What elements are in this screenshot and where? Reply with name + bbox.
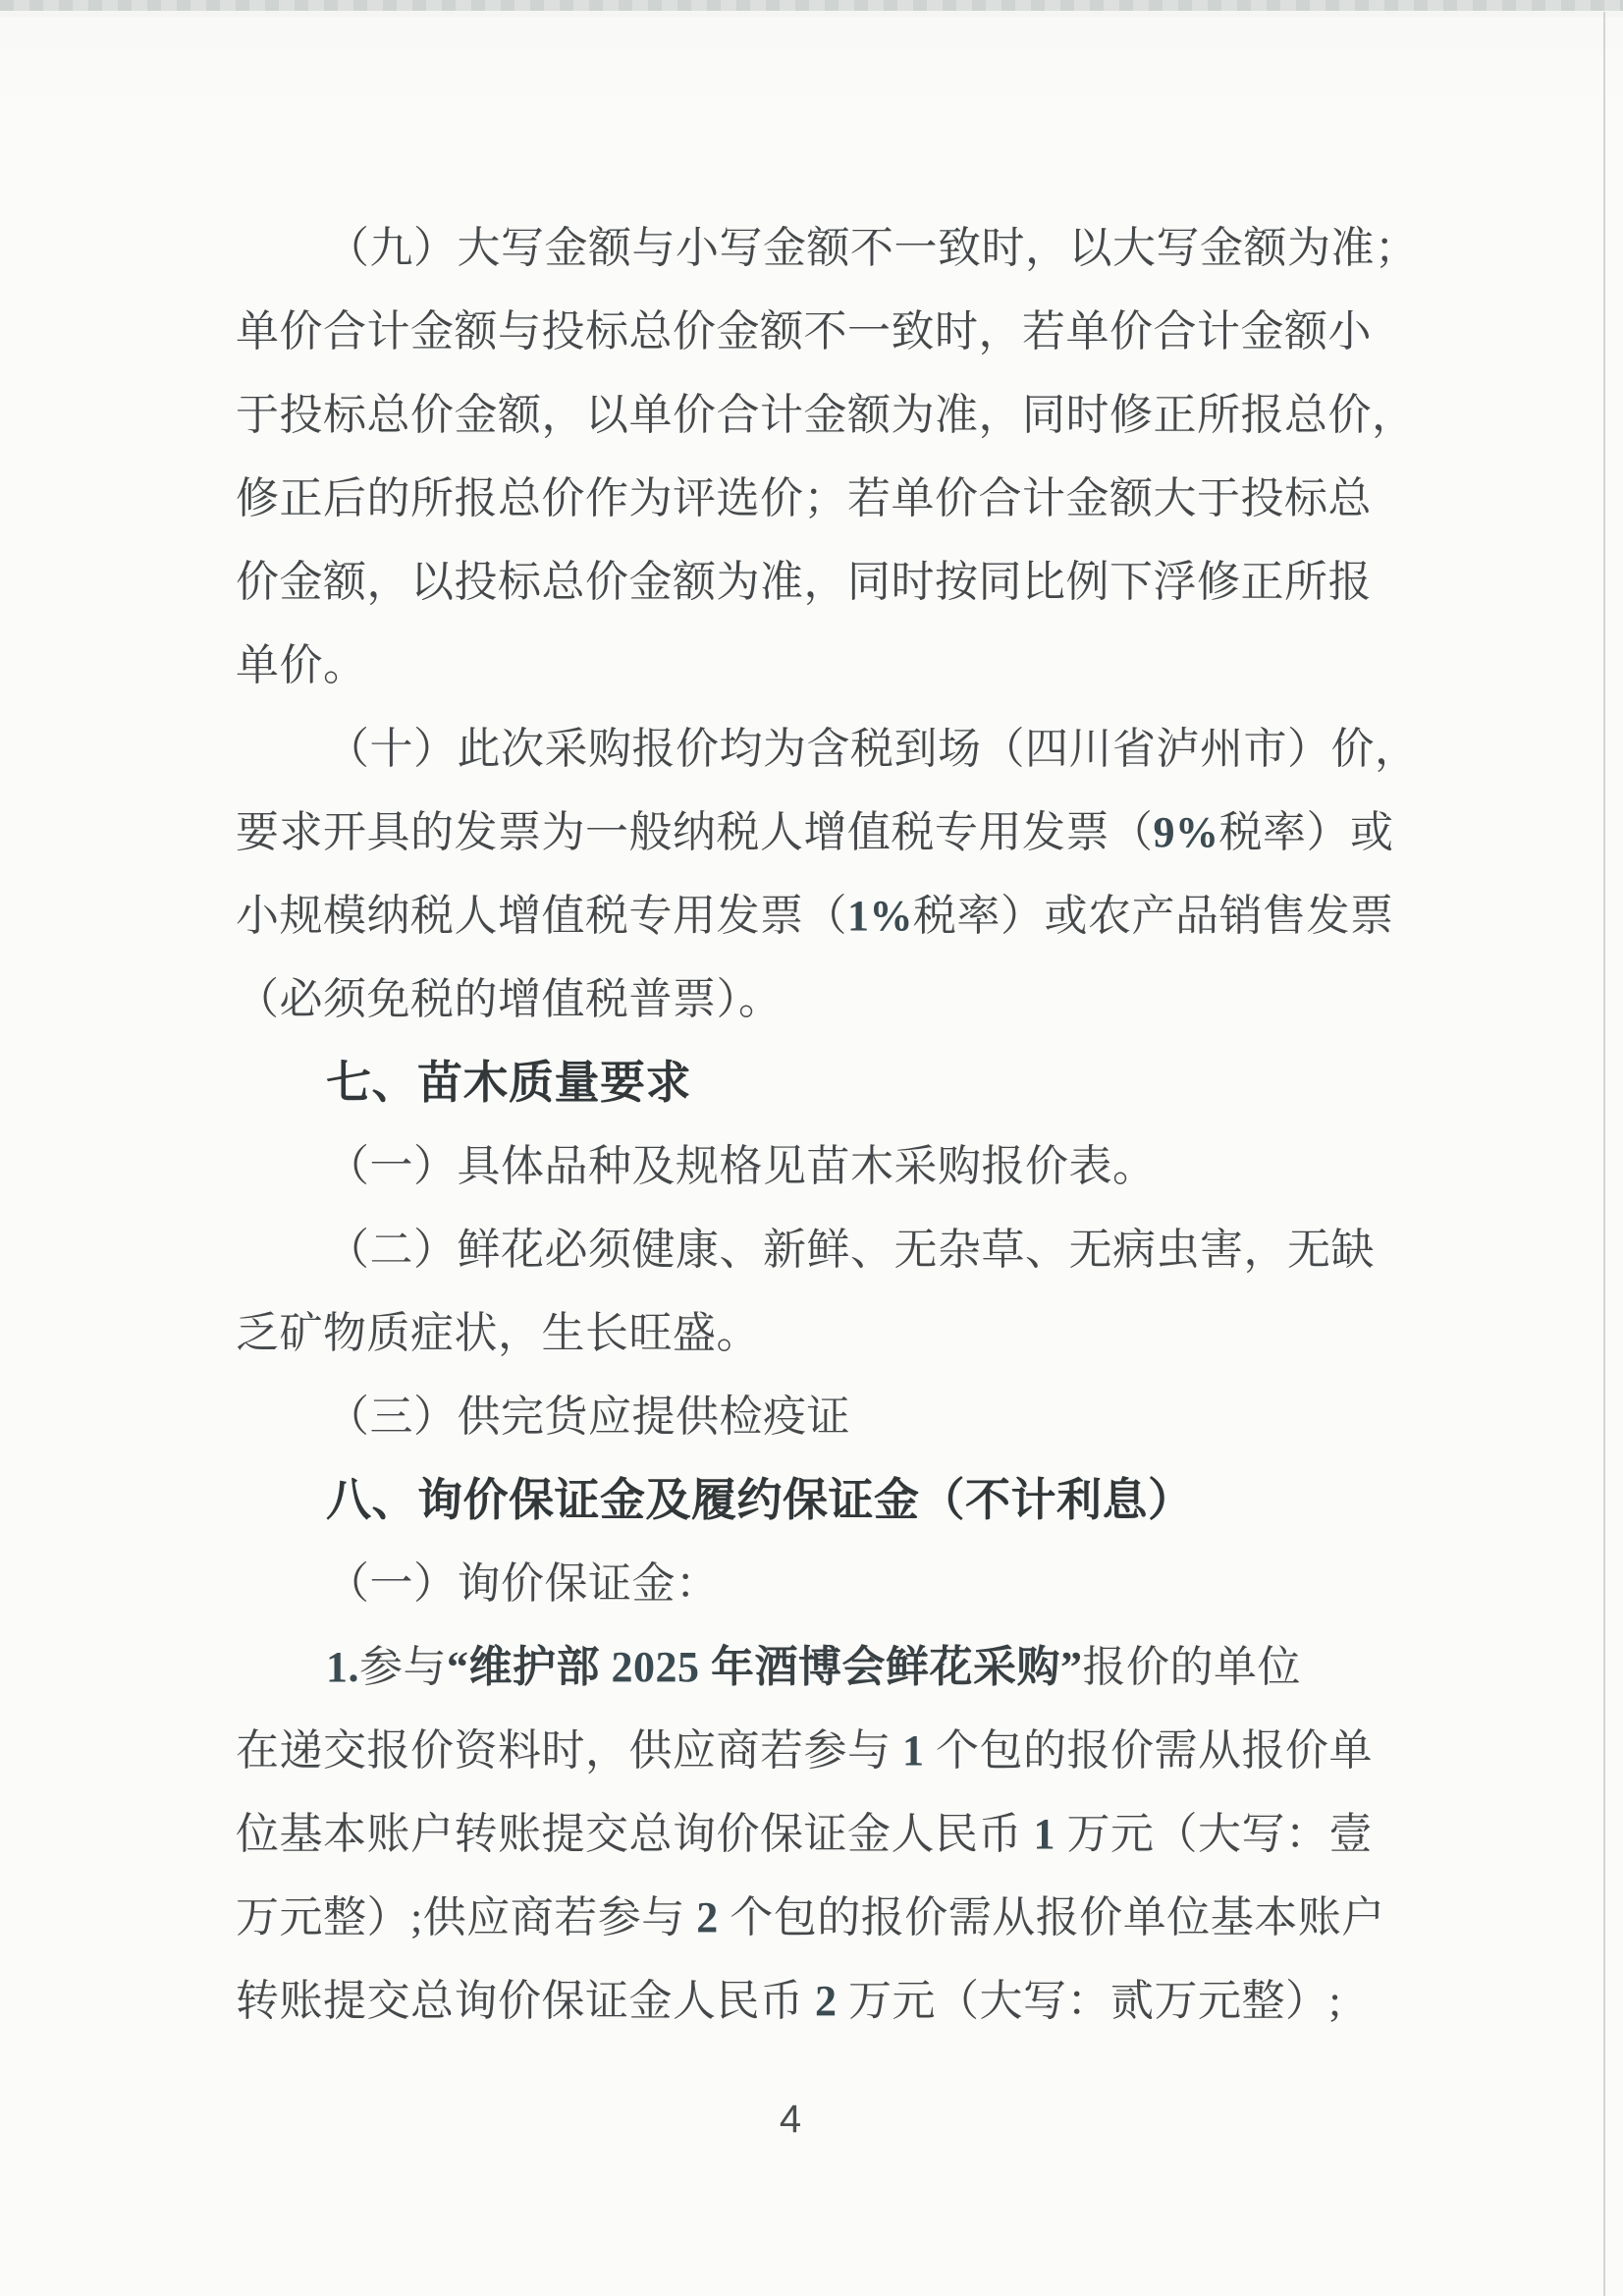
text-segment: 于投标总价金额，以单价合计金额为准，同时修正所报总价，	[236, 391, 1416, 439]
text-line: 单价合计金额与投标总价金额不一致时，若单价合计金额小	[236, 290, 1382, 373]
text-line: （九）大写金额与小写金额不一致时，以大写金额为准；	[236, 206, 1382, 290]
text-line: 1.参与“维护部 2025 年酒博会鲜花采购”报价的单位	[236, 1625, 1382, 1709]
text-segment: 七、苗木质量要求	[326, 1057, 691, 1108]
text-line: 要求开具的发票为一般纳税人增值税专用发票（9%税率）或	[236, 791, 1382, 874]
text-segment: 在递交报价资料时，供应商若参与	[236, 1726, 902, 1775]
text-segment: 个包的报价需从报价单位基本账户	[719, 1893, 1385, 1941]
text-segment: 单价合计金额与投标总价金额不一致时，若单价合计金额小	[236, 307, 1372, 355]
text-line: 修正后的所报总价作为评选价；若单价合计金额大于投标总	[236, 457, 1382, 540]
text-segment: （十）此次采购报价均为含税到场（四川省泸州市）价，	[326, 725, 1419, 773]
text-segment: 个包的报价需从报价单	[925, 1726, 1374, 1775]
text-segment: （一）询价保证金：	[326, 1559, 720, 1608]
document-body: （九）大写金额与小写金额不一致时，以大写金额为准；单价合计金额与投标总价金额不一…	[236, 206, 1382, 2043]
text-segment: 修正后的所报总价作为评选价；若单价合计金额大于投标总	[236, 474, 1372, 522]
text-segment: （九）大写金额与小写金额不一致时，以大写金额为准；	[326, 224, 1419, 272]
text-line: （三）供完货应提供检疫证	[236, 1375, 1382, 1458]
text-segment: 要求开具的发票为一般纳税人增值税专用发票（	[236, 808, 1154, 856]
text-segment: 万元（大写：贰万元整）;	[838, 1977, 1342, 2025]
text-segment: 价金额，以投标总价金额为准，同时按同比例下浮修正所报	[236, 558, 1372, 606]
text-segment: 单价。	[236, 641, 367, 689]
text-line: 在递交报价资料时，供应商若参与 1 个包的报价需从报价单	[236, 1709, 1382, 1792]
text-segment: 八、询价保证金及履约保证金（不计利息）	[326, 1474, 1194, 1525]
text-segment: 万元（大写：壹	[1055, 1810, 1373, 1858]
scan-artifact-right-edge-line	[1603, 12, 1605, 2296]
scan-artifact-top-strip	[0, 0, 1623, 17]
page-number: 4	[236, 2090, 1345, 2149]
text-segment: 小规模纳税人增值税专用发票（	[236, 892, 847, 940]
text-segment: 1	[1034, 1810, 1056, 1858]
text-segment: （必须免税的增值税普票）。	[236, 975, 783, 1023]
text-line: （必须免税的增值税普票）。	[236, 957, 1382, 1041]
text-segment: （一）具体品种及规格见苗木采购报价表。	[326, 1142, 1157, 1190]
text-line: （十）此次采购报价均为含税到场（四川省泸州市）价，	[236, 707, 1382, 791]
text-segment: 报价的单位	[1083, 1643, 1302, 1691]
text-segment: （三）供完货应提供检疫证	[326, 1393, 850, 1441]
text-line: （一）询价保证金：	[236, 1542, 1382, 1625]
text-line: 于投标总价金额，以单价合计金额为准，同时修正所报总价，	[236, 373, 1382, 457]
text-segment: 税率）或农产品销售发票	[913, 892, 1394, 940]
text-segment: 位基本账户转账提交总询价保证金人民币	[236, 1810, 1034, 1858]
text-segment: 1.	[326, 1643, 359, 1691]
text-segment: 2	[696, 1893, 719, 1941]
text-segment: 1%	[847, 892, 913, 940]
text-line: 转账提交总询价保证金人民币 2 万元（大写：贰万元整）;	[236, 1959, 1382, 2043]
text-segment: 1	[902, 1726, 925, 1775]
text-line: 单价。	[236, 624, 1382, 707]
text-segment: 2	[815, 1977, 838, 2025]
text-segment: 乏矿物质症状，生长旺盛。	[236, 1309, 760, 1357]
text-segment: 万元整）;供应商若参与	[236, 1893, 696, 1941]
text-segment: 税率）或	[1219, 808, 1394, 856]
text-line: 七、苗木质量要求	[236, 1041, 1382, 1124]
text-segment: 2025	[612, 1643, 700, 1691]
text-line: 万元整）;供应商若参与 2 个包的报价需从报价单位基本账户	[236, 1876, 1382, 1959]
text-line: 乏矿物质症状，生长旺盛。	[236, 1291, 1382, 1375]
text-line: （二）鲜花必须健康、新鲜、无杂草、无病虫害，无缺	[236, 1208, 1382, 1291]
text-segment: 转账提交总询价保证金人民币	[236, 1977, 815, 2025]
text-line: 小规模纳税人增值税专用发票（1%税率）或农产品销售发票	[236, 874, 1382, 957]
text-segment: 参与	[359, 1643, 447, 1691]
text-segment: 年酒博会鲜花采购”	[700, 1643, 1083, 1691]
text-line: 价金额，以投标总价金额为准，同时按同比例下浮修正所报	[236, 540, 1382, 624]
text-segment: 9%	[1154, 808, 1219, 856]
text-line: （一）具体品种及规格见苗木采购报价表。	[236, 1124, 1382, 1208]
text-line: 八、询价保证金及履约保证金（不计利息）	[236, 1458, 1382, 1542]
text-segment: （二）鲜花必须健康、新鲜、无杂草、无病虫害，无缺	[326, 1226, 1375, 1274]
scanned-document-page: （九）大写金额与小写金额不一致时，以大写金额为准；单价合计金额与投标总价金额不一…	[0, 0, 1623, 2296]
text-segment: “维护部	[447, 1643, 612, 1691]
text-line: 位基本账户转账提交总询价保证金人民币 1 万元（大写：壹	[236, 1792, 1382, 1876]
